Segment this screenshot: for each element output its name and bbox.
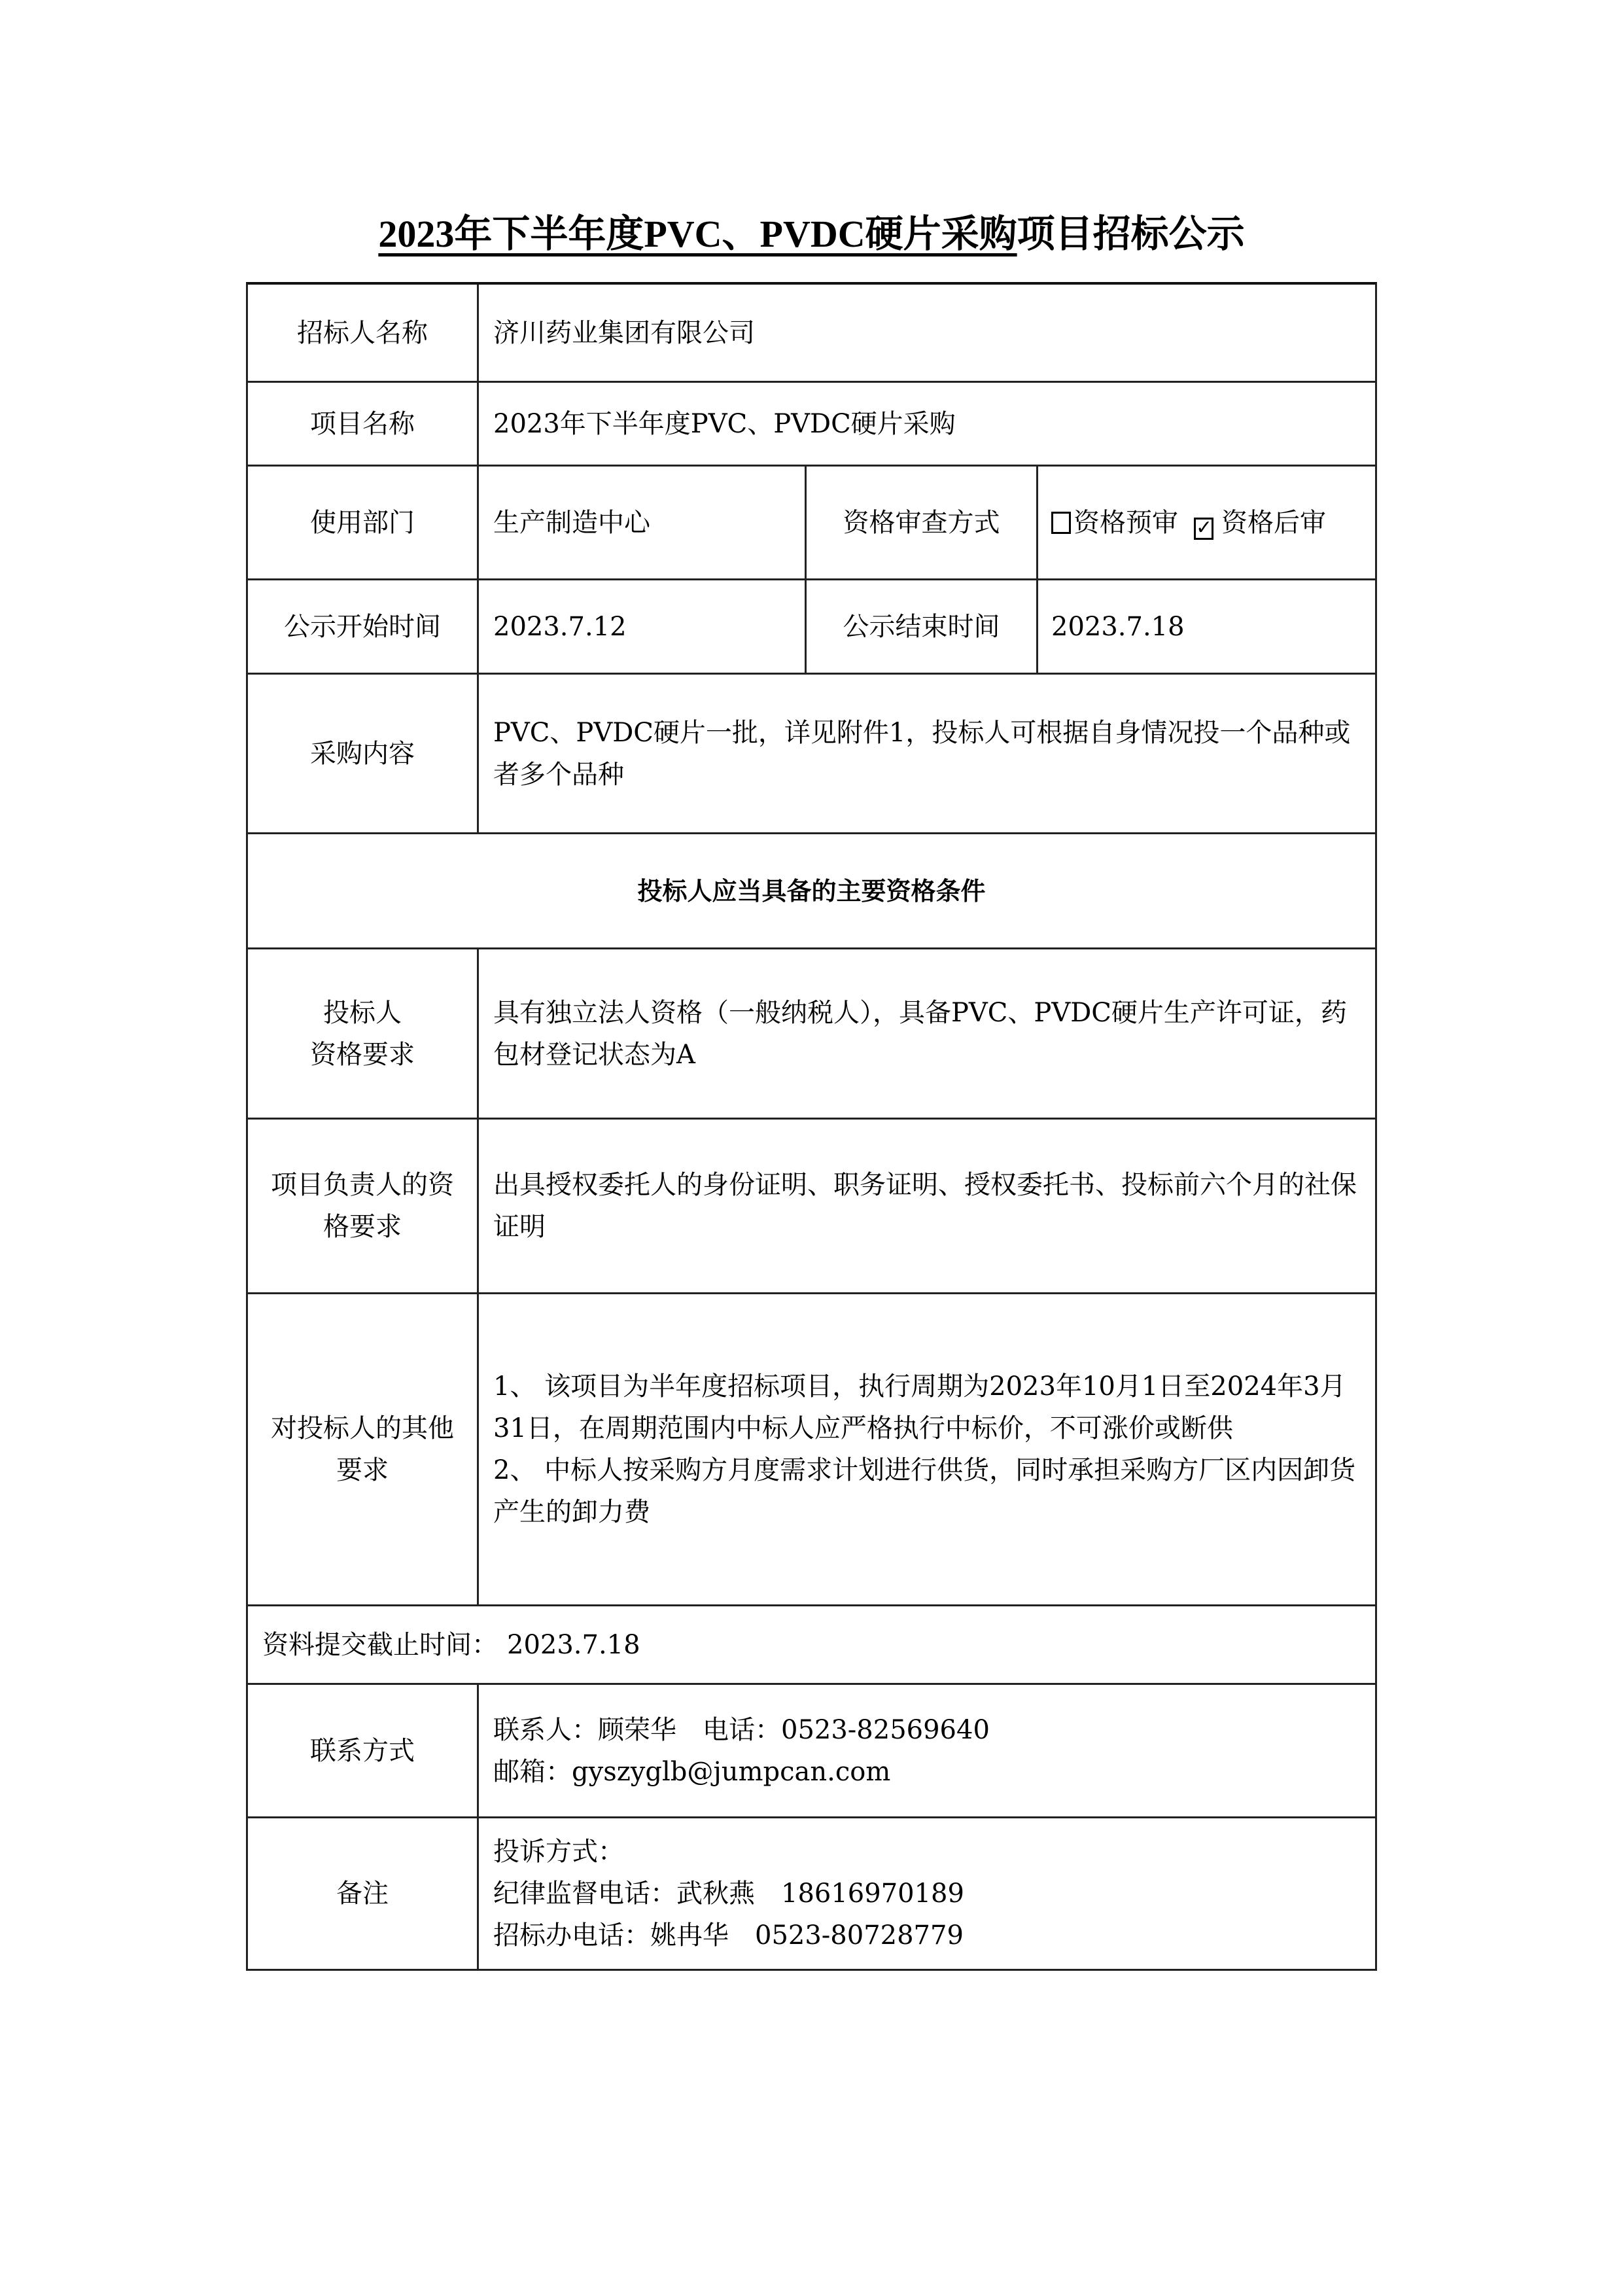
purchase-content-label-cell: 采购内容: [248, 675, 479, 832]
remarks-label: 备注: [336, 1873, 389, 1915]
row-purchase-content: 采购内容 PVC、PVDC硬片一批，详见附件1，投标人可根据自身情况投一个品种或…: [246, 675, 1377, 834]
review-option-prequal-label: 资格预审: [1073, 508, 1178, 538]
department-value-cell: 生产制造中心: [479, 467, 807, 578]
review-method-options-cell: 资格预审✓资格后审: [1038, 467, 1375, 578]
purchase-content-value-cell: PVC、PVDC硬片一批，详见附件1，投标人可根据自身情况投一个品种或者多个品种: [479, 675, 1375, 832]
section-header: 投标人应当具备的主要资格条件: [637, 870, 985, 912]
title-underlined-part: 2023年下半年度PVC、PVDC硬片采购: [378, 213, 1017, 255]
publicity-start-label-cell: 公示开始时间: [248, 580, 479, 673]
review-method-label-cell: 资格审查方式: [807, 467, 1038, 578]
project-value-cell: 2023年下半年度PVC、PVDC硬片采购: [479, 383, 1375, 465]
publicity-start-value-cell: 2023.7.12: [479, 580, 807, 673]
bidder-qualification-label-line2: 资格要求: [310, 1034, 415, 1076]
row-publicity-dates: 公示开始时间 2023.7.12 公示结束时间 2023.7.18: [246, 580, 1377, 675]
unchecked-box-icon[interactable]: [1051, 512, 1071, 534]
row-other-requirements: 对投标人的其他要求 1、 该项目为半年度招标项目，执行周期为2023年10月1日…: [246, 1294, 1377, 1606]
purchase-content-value: PVC、PVDC硬片一批，详见附件1，投标人可根据自身情况投一个品种或者多个品种: [493, 712, 1366, 796]
other-requirements-label: 对投标人的其他要求: [264, 1407, 461, 1491]
row-manager-qualification: 项目负责人的资格要求 出具授权委托人的身份证明、职务证明、授权委托书、投标前六个…: [246, 1120, 1377, 1294]
bidder-qualification-label-cell: 投标人 资格要求: [248, 949, 479, 1118]
tenderer-label-cell: 招标人名称: [248, 285, 479, 381]
other-requirement-item-2: 2、 中标人按采购方月度需求计划进行供货，同时承担采购方厂区内因卸货产生的卸力费: [493, 1449, 1366, 1533]
manager-qualification-label-cell: 项目负责人的资格要求: [248, 1120, 479, 1292]
publicity-start-label: 公示开始时间: [284, 606, 441, 648]
review-method-label: 资格审查方式: [843, 502, 1000, 544]
bidder-qualification-value-cell: 具有独立法人资格（一般纳税人），具备PVC、PVDC硬片生产许可证，药包材登记状…: [479, 949, 1375, 1118]
other-requirements-value-cell: 1、 该项目为半年度招标项目，执行周期为2023年10月1日至2024年3月31…: [479, 1294, 1375, 1604]
publicity-end-label-cell: 公示结束时间: [807, 580, 1038, 673]
discipline-supervision-phone: 纪律监督电话：武秋燕 18616970189: [493, 1873, 964, 1915]
row-project: 项目名称 2023年下半年度PVC、PVDC硬片采购: [246, 383, 1377, 467]
submission-deadline-value: 2023.7.18: [507, 1624, 640, 1666]
purchase-content-label: 采购内容: [310, 733, 415, 775]
publicity-end-value-cell: 2023.7.18: [1038, 580, 1375, 673]
contact-label: 联系方式: [310, 1730, 415, 1772]
manager-qualification-label: 项目负责人的资格要求: [264, 1164, 461, 1248]
remarks-value-cell: 投诉方式： 纪律监督电话：武秋燕 18616970189 招标办电话：姚冉华 0…: [479, 1818, 1375, 1969]
bidding-office-phone: 招标办电话：姚冉华 0523-80728779: [493, 1915, 964, 1956]
review-option-postqual[interactable]: ✓资格后审: [1194, 502, 1326, 544]
manager-qualification-value: 出具授权委托人的身份证明、职务证明、授权委托书、投标前六个月的社保证明: [493, 1164, 1366, 1248]
publicity-start-value: 2023.7.12: [493, 606, 627, 648]
tenderer-value-cell: 济川药业集团有限公司: [479, 285, 1375, 381]
contact-value-cell: 联系人：顾荣华 电话：0523-82569640 邮箱：gyszyglb@jum…: [479, 1685, 1375, 1816]
remarks-label-cell: 备注: [248, 1818, 479, 1969]
row-section-header: 投标人应当具备的主要资格条件: [246, 834, 1377, 949]
contact-label-cell: 联系方式: [248, 1685, 479, 1816]
department-value: 生产制造中心: [493, 502, 650, 544]
project-label-cell: 项目名称: [248, 383, 479, 465]
submission-deadline-label: 资料提交截止时间：: [262, 1624, 498, 1666]
bidder-qualification-value: 具有独立法人资格（一般纳税人），具备PVC、PVDC硬片生产许可证，药包材登记状…: [493, 992, 1366, 1076]
tenderer-value: 济川药业集团有限公司: [493, 312, 755, 354]
row-submission-deadline: 资料提交截止时间： 2023.7.18: [246, 1606, 1377, 1685]
complaint-method-heading: 投诉方式：: [493, 1831, 624, 1873]
section-header-cell: 投标人应当具备的主要资格条件: [248, 834, 1375, 947]
contact-email[interactable]: 邮箱：gyszyglb@jumpcan.com: [493, 1751, 890, 1793]
tenderer-label: 招标人名称: [297, 312, 428, 354]
row-tenderer: 招标人名称 济川药业集团有限公司: [246, 282, 1377, 383]
checked-box-icon[interactable]: ✓: [1194, 518, 1213, 540]
row-contact: 联系方式 联系人：顾荣华 电话：0523-82569640 邮箱：gyszygl…: [246, 1685, 1377, 1818]
submission-deadline-cell: 资料提交截止时间： 2023.7.18: [248, 1606, 1375, 1683]
department-label: 使用部门: [310, 502, 415, 544]
review-option-postqual-label: 资格后审: [1221, 508, 1326, 538]
contact-person-phone: 联系人：顾荣华 电话：0523-82569640: [493, 1709, 990, 1751]
row-bidder-qualification: 投标人 资格要求 具有独立法人资格（一般纳税人），具备PVC、PVDC硬片生产许…: [246, 949, 1377, 1120]
review-option-prequal[interactable]: 资格预审: [1051, 502, 1178, 544]
bidder-qualification-label-line1: 投标人: [323, 992, 402, 1034]
publicity-end-label: 公示结束时间: [843, 606, 1000, 648]
row-department: 使用部门 生产制造中心 资格审查方式 资格预审✓资格后审: [246, 467, 1377, 580]
project-label: 项目名称: [310, 403, 415, 445]
manager-qualification-value-cell: 出具授权委托人的身份证明、职务证明、授权委托书、投标前六个月的社保证明: [479, 1120, 1375, 1292]
other-requirements-label-cell: 对投标人的其他要求: [248, 1294, 479, 1604]
title-rest-part: 项目招标公示: [1017, 213, 1245, 255]
row-remarks: 备注 投诉方式： 纪律监督电话：武秋燕 18616970189 招标办电话：姚冉…: [246, 1818, 1377, 1971]
other-requirement-item-1: 1、 该项目为半年度招标项目，执行周期为2023年10月1日至2024年3月31…: [493, 1366, 1366, 1449]
document-title: 2023年下半年度PVC、PVDC硬片采购项目招标公示: [0, 208, 1623, 260]
publicity-end-value: 2023.7.18: [1051, 606, 1185, 648]
department-label-cell: 使用部门: [248, 467, 479, 578]
project-value: 2023年下半年度PVC、PVDC硬片采购: [493, 403, 956, 445]
